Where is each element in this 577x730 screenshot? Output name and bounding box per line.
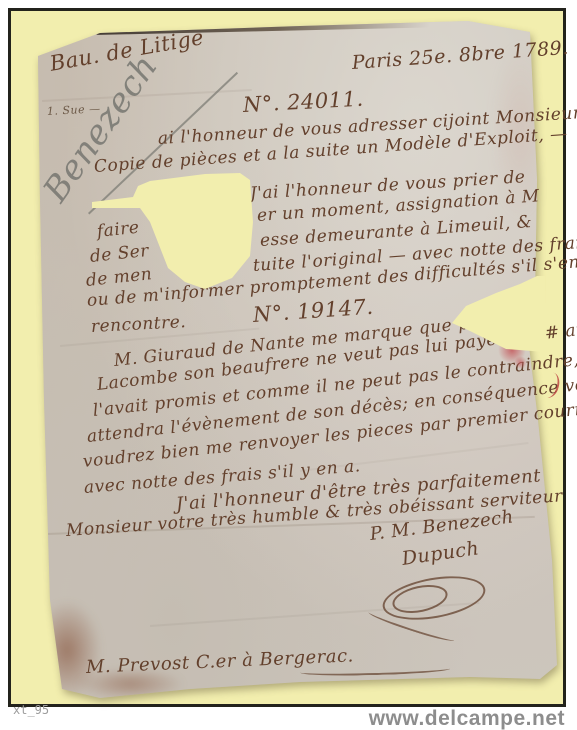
wax-seal-remnant [514,356,527,369]
watermark-user: xt_95 [13,703,49,717]
torn-top-edge [95,19,430,35]
watermark-delcampe: www.delcampe.net [369,707,565,730]
letter-scan: Bau. de Litige 1. Sue — Benezech Paris 2… [0,0,577,730]
